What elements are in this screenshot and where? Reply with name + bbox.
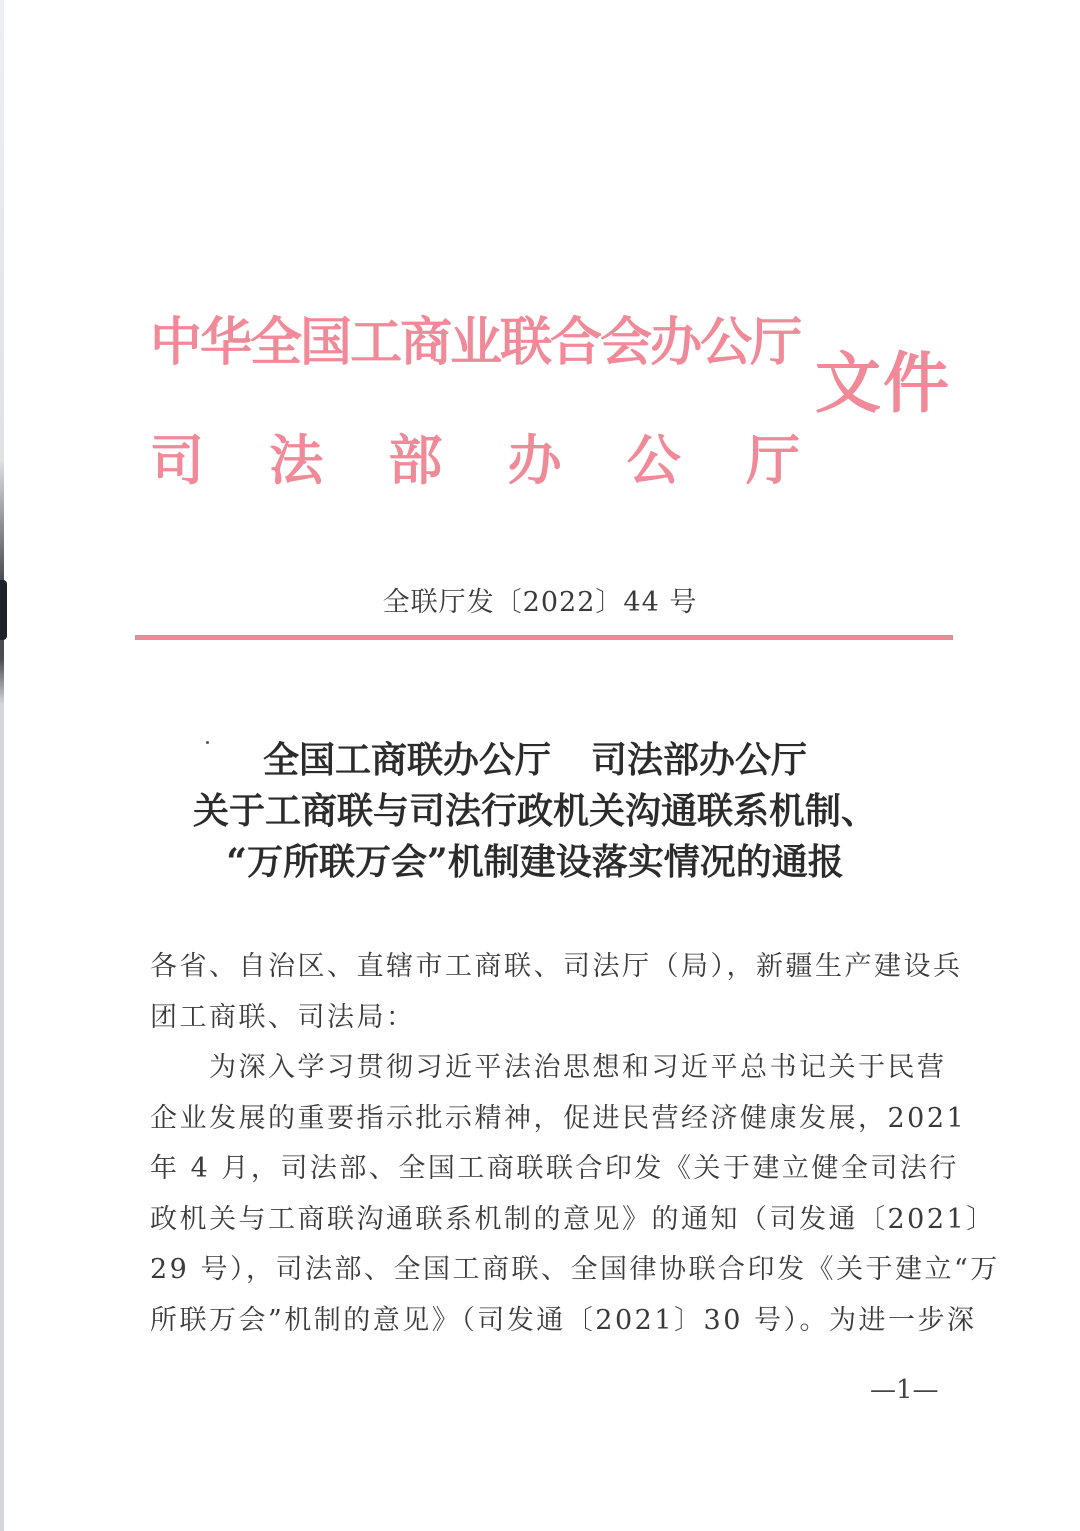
org-char: 国 — [300, 300, 350, 375]
org-char: 法 — [269, 418, 323, 495]
page-number: —1— — [870, 1375, 939, 1405]
title-org-2: 司法部办公厅 — [591, 739, 807, 781]
org-char: 联 — [500, 300, 550, 375]
org-char: 公 — [700, 300, 750, 375]
org-char: 部 — [388, 418, 442, 495]
org-char: 办 — [508, 418, 562, 495]
body-line: 政机关与工商联沟通联系机制的意见》的通知（司发通〔2021〕 — [150, 1195, 940, 1246]
org-char: 厅 — [746, 418, 800, 495]
title-line-3: “万所联万会”机制建设落实情况的通报 — [140, 837, 930, 888]
body-line: 为深入学习贯彻习近平法治思想和习近平总书记关于民营 — [150, 1043, 940, 1094]
body-line: 各省、自治区、直辖市工商联、司法厅（局），新疆生产建设兵 — [150, 942, 940, 993]
body-line: 所联万会”机制的意见》（司发通〔2021〕30 号）。为进一步深 — [150, 1296, 940, 1347]
document-label: 文件 — [815, 330, 951, 425]
body-line: 年 4 月，司法部、全国工商联联合印发《关于建立健全司法行 — [150, 1144, 940, 1195]
body-line: 企业发展的重要指示批示精神，促进民营经济健康发展，2021 — [150, 1094, 940, 1145]
org-char: 业 — [450, 300, 500, 375]
document-body: 各省、自治区、直辖市工商联、司法厅（局），新疆生产建设兵 团工商联、司法局： 为… — [150, 942, 940, 1346]
issuing-org-2: 司 法 部 办 公 厅 — [150, 418, 800, 495]
org-char: 办 — [650, 300, 700, 375]
org-char: 公 — [627, 418, 681, 495]
org-char: 会 — [600, 300, 650, 375]
org-char: 合 — [550, 300, 600, 375]
title-line-2: 关于工商联与司法行政机关沟通联系机制、 — [140, 786, 930, 837]
org-char: 厅 — [750, 300, 800, 375]
document-title: 全国工商联办公厅司法部办公厅 关于工商联与司法行政机关沟通联系机制、 “万所联万… — [140, 735, 930, 888]
title-org-1: 全国工商联办公厅 — [263, 739, 551, 781]
org-char: 工 — [350, 300, 400, 375]
body-line: 29 号），司法部、全国工商联、全国律协联合印发《关于建立“万 — [150, 1245, 940, 1296]
org-char: 司 — [150, 418, 204, 495]
org-char: 全 — [250, 300, 300, 375]
org-char: 华 — [200, 300, 250, 375]
issuing-org-1: 中 华 全 国 工 商 业 联 合 会 办 公 厅 — [150, 300, 790, 375]
org-char: 商 — [400, 300, 450, 375]
org-char: 中 — [150, 300, 200, 375]
red-divider — [135, 635, 953, 640]
document-number: 全联厅发〔2022〕44 号 — [0, 580, 1080, 619]
body-line: 团工商联、司法局： — [150, 993, 940, 1044]
title-line-1: 全国工商联办公厅司法部办公厅 — [140, 735, 930, 786]
scan-edge — [0, 0, 4, 1531]
